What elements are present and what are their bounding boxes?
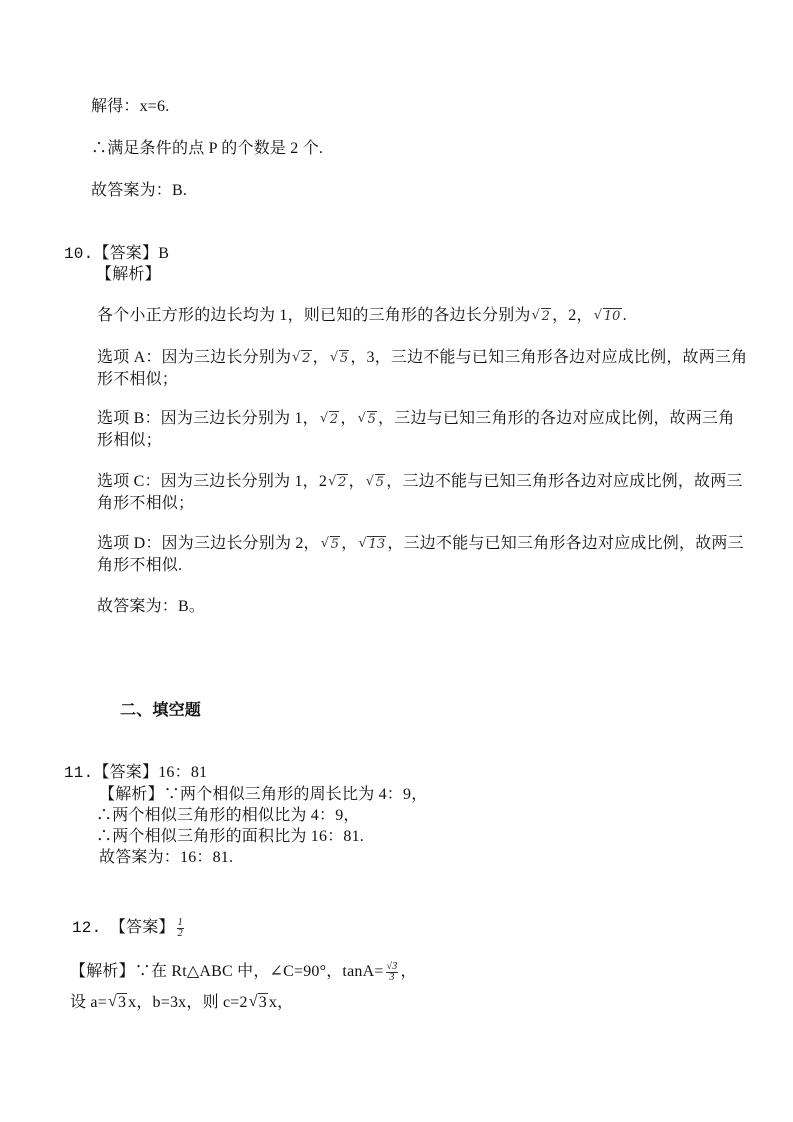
sqrt-expression: 2	[328, 472, 347, 494]
q10-option-d-line1: 选项 D：因为三边长分别为 2，5，13，三边不能与已知三角形各边对应成比例，故…	[97, 533, 744, 556]
q11-answer-tag: 【答案】	[93, 764, 158, 781]
text: ，	[340, 410, 356, 427]
radicand: 5	[375, 474, 385, 490]
q11-analysis-line4: 故答案为：16：81.	[99, 847, 233, 869]
q10-answer-line: 10.【答案】B	[64, 243, 169, 265]
radicand: 2	[337, 474, 347, 490]
text: ，	[349, 473, 365, 490]
text: ，	[341, 535, 357, 552]
sqrt-expression: 2	[320, 409, 339, 431]
q10-option-c-line2: 角形不相似；	[97, 493, 194, 515]
q10-option-b-line1: 选项 B：因为三边长分别为 1，2，5，三边与已知三角形的各边对应成比例，故两三…	[97, 408, 734, 431]
fraction: √33	[386, 962, 399, 983]
sqrt-expression: 5	[330, 348, 349, 370]
text: ，	[313, 349, 329, 366]
text: x，	[269, 994, 293, 1011]
q10-option-d-line2: 角形不相似.	[97, 555, 182, 577]
text: ，三边不能与已知三角形各边对应成比例，故两三	[386, 473, 742, 490]
text: 选项 C：因为三边长分别为 1，2	[97, 473, 327, 490]
q10-answer: B	[158, 245, 169, 262]
q12-answer-fraction: 12	[177, 918, 184, 939]
q10-paragraph-sides: 各个小正方形的边长均为 1，则已知的三角形的各边长分别为2，2，10.	[97, 305, 627, 328]
radicand: 5	[330, 536, 340, 552]
radicand: 2	[329, 411, 339, 427]
radicand: 5	[339, 350, 349, 366]
sqrt-expression: 2	[532, 306, 551, 328]
text: 【解析】∵在 Rt△ABC 中，∠C=90°，tanA=	[70, 963, 384, 980]
sqrt-expression: 5	[321, 534, 340, 556]
sqrt-expression: 5	[366, 472, 385, 494]
text: 选项 B：因为三边长分别为 1，	[97, 410, 319, 427]
sqrt-expression: 3	[249, 992, 268, 1014]
q10-option-b-line2: 形相似；	[97, 430, 162, 452]
denominator: 2	[177, 929, 184, 939]
q10-analysis-tag: 【解析】	[96, 264, 161, 286]
q11-answer-line: 11.【答案】16：81	[64, 762, 207, 784]
solution-line-x: 解得：x=6.	[91, 96, 169, 118]
text: ，3，三边不能与已知三角形各边对应成比例，故两三角	[350, 349, 747, 366]
solution-line-count: ∴满足条件的点 P 的个数是 2 个.	[91, 138, 323, 160]
q11-analysis-line1: 【解析】∵两个相似三角形的周长比为 4：9，	[99, 784, 427, 806]
q12-number: 12.	[72, 919, 101, 937]
sqrt-expression: 3	[108, 992, 127, 1014]
q11-analysis-line2: ∴两个相似三角形的相似比为 4：9，	[96, 805, 360, 827]
text: 选项 D：因为三边长分别为 2，	[97, 535, 320, 552]
text: .	[623, 307, 627, 324]
radicand: 5	[367, 411, 377, 427]
solution-line-answer: 故答案为：B.	[91, 180, 187, 202]
q11-number: 11.	[64, 764, 93, 782]
q10-answer-tag: 【答案】	[93, 245, 158, 262]
text: ，三边不能与已知三角形各边对应成比例，故两三	[387, 535, 743, 552]
radicand: 2	[301, 350, 311, 366]
sqrt-expression: 13	[358, 534, 386, 556]
q11-analysis-line3: ∴两个相似三角形的面积比为 16：81.	[96, 826, 364, 848]
q10-option-a-line2: 形不相似；	[97, 369, 178, 391]
radicand: 3	[258, 993, 268, 1011]
text: ，	[400, 963, 416, 980]
radicand: 2	[541, 308, 551, 324]
text: x，b=3x，则 c=2	[128, 994, 248, 1011]
radicand: 10	[603, 308, 622, 324]
text: 各个小正方形的边长均为 1，则已知的三角形的各边长分别为	[97, 307, 531, 324]
q10-option-a-line1: 选项 A：因为三边长分别为2，5，3，三边不能与已知三角形各边对应成比例，故两三…	[97, 347, 747, 370]
q10-number: 10.	[64, 245, 93, 263]
q11-answer: 16：81	[158, 764, 207, 781]
q12-analysis-line2: 设 a=3x，b=3x，则 c=23x，	[70, 992, 293, 1014]
sqrt-expression: 5	[358, 409, 377, 431]
q12-answer-tag: 【答案】	[110, 919, 175, 936]
q12-analysis-line1: 【解析】∵在 Rt△ABC 中，∠C=90°，tanA=√33，	[70, 961, 417, 983]
sqrt-expression: 2	[292, 348, 311, 370]
text: 选项 A：因为三边长分别为	[97, 349, 291, 366]
q10-option-c-line1: 选项 C：因为三边长分别为 1，22，5，三边不能与已知三角形各边对应成比例，故…	[97, 471, 743, 494]
denominator: 3	[386, 973, 399, 983]
sqrt-expression: 10	[594, 306, 622, 328]
q12-answer-line: 12. 【答案】12	[72, 917, 186, 939]
q10-conclusion: 故答案为：B。	[97, 596, 205, 618]
text: 设 a=	[70, 994, 107, 1011]
text: ，2，	[552, 307, 593, 324]
section-title: 二、填空题	[120, 699, 201, 721]
radicand: 3	[117, 993, 127, 1011]
text: ，三边与已知三角形的各边对应成比例，故两三角	[378, 410, 734, 427]
radicand: 13	[367, 536, 386, 552]
